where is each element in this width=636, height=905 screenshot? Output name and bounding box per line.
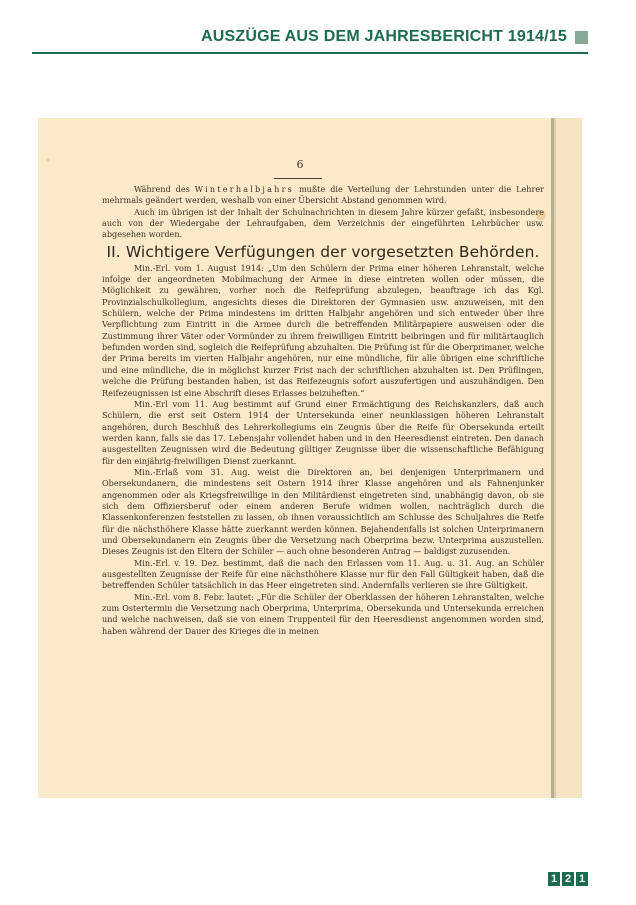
header-rule xyxy=(32,52,588,54)
decree-19-dez: Min.-Erl. v. 19. Dez. bestimmt, daß die … xyxy=(102,558,544,592)
page-number-rule xyxy=(274,178,322,179)
scanned-page: 6 Während des Winterhalbjahrs mußte die … xyxy=(38,118,582,798)
header-title: AUSZÜGE AUS DEM JAHRESBERICHT 1914/15 xyxy=(201,28,567,46)
decree-31-aug: Min.-Erlaß vom 31. Aug. weist die Direkt… xyxy=(102,467,544,558)
paragraph-winter: Während des Winterhalbjahrs mußte die Ve… xyxy=(102,184,544,207)
facing-page-edge xyxy=(556,118,582,798)
paragraph-content: Auch im übrigen ist der Inhalt der Schul… xyxy=(102,207,544,241)
page-digit: 1 xyxy=(576,872,588,886)
document-body: Während des Winterhalbjahrs mußte die Ve… xyxy=(102,184,544,637)
document-page: 6 Während des Winterhalbjahrs mußte die … xyxy=(38,118,550,798)
page-digit: 1 xyxy=(548,872,560,886)
decree-11-aug: Min.-Erl vom 11. Aug bestimmt auf Grund … xyxy=(102,399,544,467)
header-square-icon xyxy=(575,31,588,44)
scan-page-number: 6 xyxy=(260,158,340,171)
decree-1-aug: Min.-Erl. vom 1. August 1914: „Um den Sc… xyxy=(102,263,544,399)
spaced-word: Winterhalbjahrs xyxy=(195,184,294,194)
page-digit: 2 xyxy=(562,872,574,886)
decree-8-febr: Min.-Erl. vom 8. Febr. lautet: „Für die … xyxy=(102,592,544,637)
footer-page-number: 1 2 1 xyxy=(548,872,588,886)
section-heading: II. Wichtigere Verfügungen der vorgesetz… xyxy=(102,241,544,263)
paragraph-text: Während des xyxy=(134,184,195,194)
